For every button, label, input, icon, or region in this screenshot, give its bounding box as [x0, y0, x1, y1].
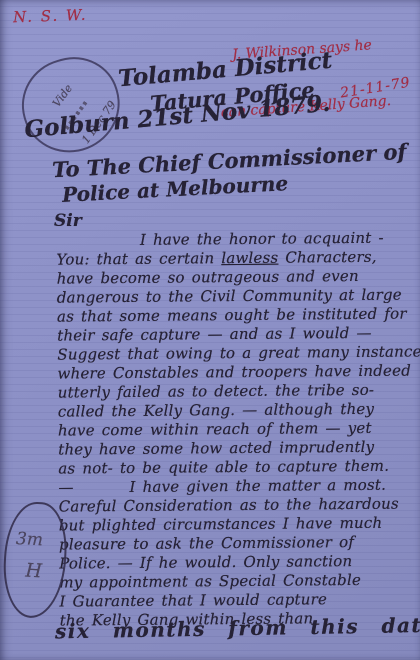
body-line: but plighted circumstances I have much	[59, 513, 417, 535]
oval-registry-stamp: Vide 1 Dec 79	[11, 46, 131, 163]
margin-initials-line1: 3m	[16, 529, 44, 550]
salutation: Sir	[54, 211, 82, 231]
corner-initials-note: N. S. W.	[13, 6, 88, 27]
margin-initials-line2: H	[25, 560, 43, 583]
letter-body: I have the honor to acquaint - You: that…	[56, 228, 417, 630]
underlined-word: lawless	[221, 249, 278, 267]
stamp-text-line1: Vide	[50, 82, 75, 110]
body-line: You: that as certain lawless Characters,	[56, 247, 414, 269]
letter-page: N. S. W. J. Wilkinson says he can captur…	[0, 0, 420, 660]
